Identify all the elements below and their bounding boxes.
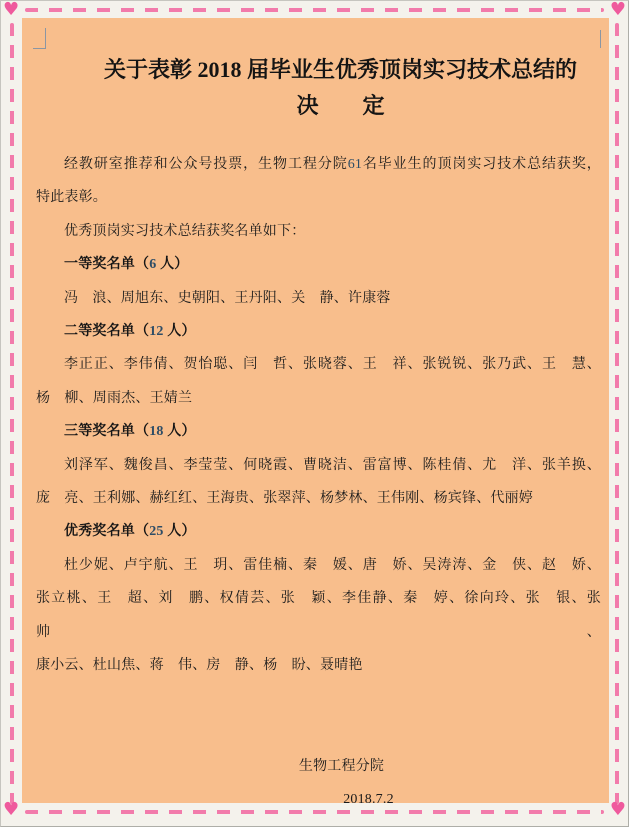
heading-text: 人） (164, 524, 196, 539)
heading-text: 二等奖名单（ (64, 324, 149, 339)
winner-names-line: 冯 浪、周旭东、史朝阳、王丹阳、关 静、许康蓉 (36, 282, 601, 315)
heading-text: 一等奖名单（ (64, 257, 149, 272)
title-line-1: 关于表彰 2018 届毕业生优秀顶岗实习技术总结的 (36, 52, 601, 88)
title-line-2: 决 定 (36, 88, 601, 124)
intro-text-post: 名毕业生的顶岗实习技术总结获奖， (362, 157, 601, 172)
award-heading-excellence-prize: 优秀奖名单（25 人） (36, 515, 601, 548)
award-heading-second-prize: 二等奖名单（12 人） (36, 315, 601, 348)
winner-names-line: 张立桃、王 超、刘 鹏、权倩芸、张 颖、李佳静、秦 婷、徐向玲、张 银、张 帅、 (36, 582, 601, 649)
heart-icon: ♥ (3, 1, 19, 19)
winner-count: 12 (149, 324, 163, 339)
text-boundary-mark-icon (33, 28, 46, 49)
heading-text: 人） (156, 257, 188, 272)
page-background: ♥ ♥ ♥ ♥ 关于表彰 2018 届毕业生优秀顶岗实习技术总结的 决 定 经教… (0, 0, 629, 827)
winner-names-line: 杨 柳、周雨杰、王婧兰 (36, 382, 601, 415)
dashed-border-top (25, 8, 604, 12)
heart-icon: ♥ (3, 801, 19, 819)
winner-names-line: 庞 亮、王利娜、赫红红、王海贵、张翠萍、杨梦林、王伟刚、杨宾锋、代丽婷 (36, 482, 601, 515)
dashed-border-left (10, 23, 14, 804)
winner-names-line: 康小云、杜山焦、蒋 伟、房 静、杨 盼、聂晴艳 (36, 649, 601, 682)
heart-icon: ♥ (610, 1, 626, 19)
dashed-border-right (615, 23, 619, 804)
intro-paragraph-line-2: 特此表彰。 (36, 181, 601, 214)
winner-names-line: 刘泽军、魏俊昌、李莹莹、何晓霞、曹晓洁、雷富博、陈桂倩、尤 洋、张羊换、 (36, 449, 601, 482)
list-intro: 优秀顶岗实习技术总结获奖名单如下： (36, 215, 601, 248)
heading-text: 人） (164, 424, 196, 439)
winner-names-line: 李正正、李伟倩、贺怡聪、闫 哲、张晓蓉、王 祥、张锐锐、张乃武、王 慧、 (36, 348, 601, 381)
heading-text: 三等奖名单（ (64, 424, 149, 439)
heart-icon: ♥ (610, 801, 626, 819)
signature-department: 生物工程分院 (36, 750, 601, 783)
signature-date: 2018.7.2 (36, 783, 601, 816)
heading-text: 人） (164, 324, 196, 339)
award-heading-third-prize: 三等奖名单（18 人） (36, 415, 601, 448)
document-title: 关于表彰 2018 届毕业生优秀顶岗实习技术总结的 决 定 (36, 52, 601, 124)
graduate-count: 61 (348, 157, 362, 172)
winner-count: 25 (149, 524, 163, 539)
heading-text: 优秀奖名单（ (64, 524, 149, 539)
award-heading-first-prize: 一等奖名单（6 人） (36, 248, 601, 281)
intro-paragraph-line-1: 经教研室推荐和公众号投票，生物工程分院61名毕业生的顶岗实习技术总结获奖， (36, 148, 601, 181)
winner-count: 18 (149, 424, 163, 439)
document-page: 关于表彰 2018 届毕业生优秀顶岗实习技术总结的 决 定 经教研室推荐和公众号… (22, 18, 609, 803)
text-boundary-mark-icon (600, 30, 601, 48)
winner-names-line: 杜少妮、卢宇航、王 玥、雷佳楠、秦 媛、唐 娇、吴涛涛、金 侠、赵 娇、 (36, 549, 601, 582)
intro-text-pre: 经教研室推荐和公众号投票，生物工程分院 (64, 157, 348, 172)
